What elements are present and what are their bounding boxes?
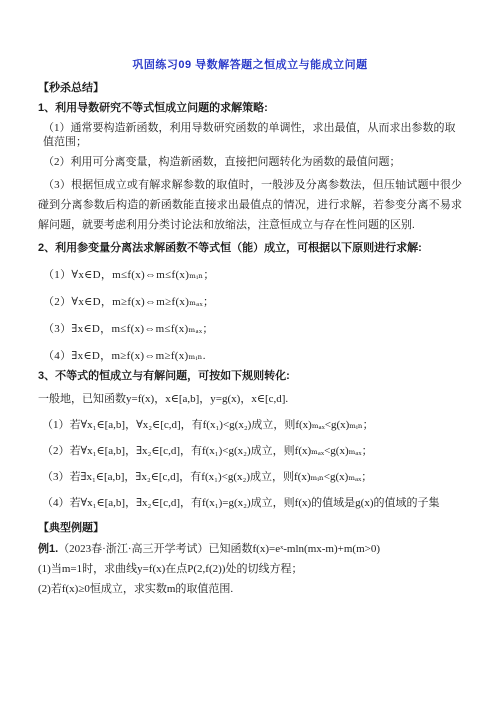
example1-question-2: (2)若f(x)≥0恒成立，求实数m的取值范围. [38,582,462,596]
summary-section-header: 【秒杀总结】 [38,81,462,95]
document-page: 巩固练习09 导数解答题之恒成立与能成立问题 【秒杀总结】 1、利用导数研究不等… [0,0,500,707]
point2-formula-2: （2）∀x∈D，m≥f(x)⇔m≥f(x)ₘₐₓ； [38,295,462,309]
point1-item-3: （3）根据恒成立或有解求解参数的取值时，一般涉及分离参数法，但压轴试题中很少碰到… [38,175,462,235]
example1-question-1: (1)当m=1时，求曲线y=f(x)在点P(2,f(2))处的切线方程； [38,562,462,576]
point3-rule-3: （3）若∃x₁∈[a,b]，∃x₂∈[c,d]，有f(x₁)<g(x₂)成立，则… [38,470,462,484]
point3-intro: 一般地，已知函数y=f(x)，x∈[a,b]，y=g(x)，x∈[c,d]. [38,392,462,406]
point3-heading: 3、不等式的恒成立与有解问题，可按如下规则转化: [38,369,462,383]
example1-line: 例1.（2023春·浙江·高三开学考试）已知函数f(x)=eˣ-mln(mx-m… [38,542,462,556]
point3-rule-4: （4）若∀x₁∈[a,b]，∃x₂∈[c,d]，有f(x₁)=g(x₂)成立，则… [38,496,462,510]
point2-formula-3: （3）∃x∈D，m≤f(x)⇔m≤f(x)ₘₐₓ； [38,322,462,336]
examples-section-header: 【典型例题】 [38,521,462,535]
point2-formula-1: （1）∀x∈D，m≤f(x)⇔m≤f(x)ₘᵢₙ； [38,268,462,282]
point3-rule-1: （1）若∀x₁∈[a,b]，∀x₂∈[c,d]，有f(x₁)<g(x₂)成立，则… [38,418,462,432]
point1-heading: 1、利用导数研究不等式恒成立问题的求解策略: [38,101,462,115]
point2-heading: 2、利用参变量分离法求解函数不等式恒（能）成立，可根据以下原则进行求解: [38,241,462,255]
example1-label: 例1. [38,543,58,555]
point3-rule-2: （2）若∀x₁∈[a,b]，∃x₂∈[c,d]，有f(x₁)<g(x₂)成立，则… [38,444,462,458]
example1-statement: （2023春·浙江·高三开学考试）已知函数f(x)=eˣ-mln(mx-m)+m… [58,543,380,555]
point2-formula-4: （4）∃x∈D，m≥f(x)⇔m≥f(x)ₘᵢₙ. [38,349,462,363]
page-title: 巩固练习09 导数解答题之恒成立与能成立问题 [38,58,462,72]
point1-item-1: （1）通常要构造新函数，利用导数研究函数的单调性，求出最值，从而求出参数的取值范… [38,121,462,149]
point1-item-2: （2）利用可分离变量，构造新函数，直接把问题转化为函数的最值问题； [38,155,462,169]
